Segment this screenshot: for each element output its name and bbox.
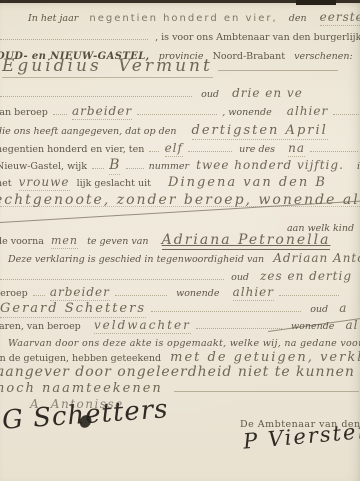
- printed-text: het: [0, 178, 12, 189]
- witnesses-intro-line: Deze verklaring is geschied in tegenwoor…: [8, 247, 360, 266]
- ruled-blank: [279, 295, 339, 296]
- printed-text: , is voor ons Ambtenaar van den burgerli…: [155, 32, 360, 43]
- printed-text: de voorna: [0, 236, 44, 247]
- ruled-blank: [126, 168, 144, 169]
- ruled-blank: [188, 151, 232, 152]
- ruled-blank: [151, 311, 301, 312]
- ruled-blank: [92, 168, 104, 169]
- ruled-blank: [33, 295, 45, 296]
- declarant-age-line: oud drie en ve: [0, 82, 303, 101]
- ruled-blank: [333, 114, 360, 115]
- handwritten-age: drie en ve: [232, 86, 303, 100]
- ruled-blank: [196, 328, 282, 329]
- printed-text: In het jaar: [28, 13, 78, 24]
- handwritten-witness1-name: Adriaan Anto: [273, 251, 360, 265]
- handwritten-residence: alhier: [287, 104, 328, 118]
- birth-date-line: die ons heeft aangegeven, dat op den der…: [0, 119, 328, 138]
- scan-edge-mark: [296, 0, 336, 5]
- child-sex-line: het vrouwe lijk geslacht uit Dingena van…: [0, 171, 327, 190]
- handwritten-occupation: arbeider: [72, 104, 132, 120]
- ruled-blank: [310, 151, 358, 152]
- handwritten-residence: al: [346, 318, 359, 332]
- printed-text: die ons heeft aangegeven, dat op den: [0, 126, 176, 137]
- ruled-blank: [174, 391, 359, 392]
- ruled-blank: [53, 114, 67, 115]
- handwritten-day: eersten: [320, 10, 360, 26]
- ruled-blank: [115, 295, 167, 296]
- ruled-blank: [149, 151, 159, 152]
- ruled-blank: [137, 114, 217, 115]
- ruled-blank: [0, 279, 224, 280]
- printed-text: den: [289, 13, 307, 24]
- ruled-blank: [0, 96, 192, 97]
- official-signature: P Viersten: [243, 424, 360, 448]
- printed-text: Deze verklaring is geschied in tegenwoor…: [8, 254, 264, 265]
- printed-text: van beroep: [0, 107, 48, 118]
- printed-text: oud: [201, 89, 219, 100]
- declarant-name-line: Eguidius Vermunt: [2, 56, 338, 76]
- printed-text: , wonende: [222, 107, 271, 118]
- printed-text: te geven van: [87, 236, 148, 247]
- date-line: In het jaar negentien honderd en vier, d…: [28, 6, 360, 25]
- ruled-blank: [218, 70, 338, 71]
- printed-text: lijk geslacht uit: [77, 178, 151, 189]
- handwritten-mother-name: Dingena van den B: [168, 175, 327, 190]
- ruled-blank: [0, 206, 360, 207]
- ruled-blank: [0, 39, 148, 40]
- document-scan: In het jaar negentien honderd en vier, d…: [0, 0, 360, 481]
- handwritten-declarant-name: Eguidius Vermunt: [2, 56, 213, 78]
- stamped-year: negentien honderd en vier,: [89, 13, 277, 24]
- registrar-line: , is voor ons Ambtenaar van den burgerli…: [0, 25, 360, 44]
- handwritten-signature: P Viersten: [242, 418, 360, 453]
- child-name-line: de voorna men te geven van Adriana Petro…: [0, 229, 330, 248]
- handwritten-witness2-age: a: [339, 301, 347, 315]
- declarant-occupation-line: van beroep arbeider , wonende alhier: [0, 100, 360, 119]
- handwritten-house-number: twee honderd vijftig.: [196, 158, 344, 172]
